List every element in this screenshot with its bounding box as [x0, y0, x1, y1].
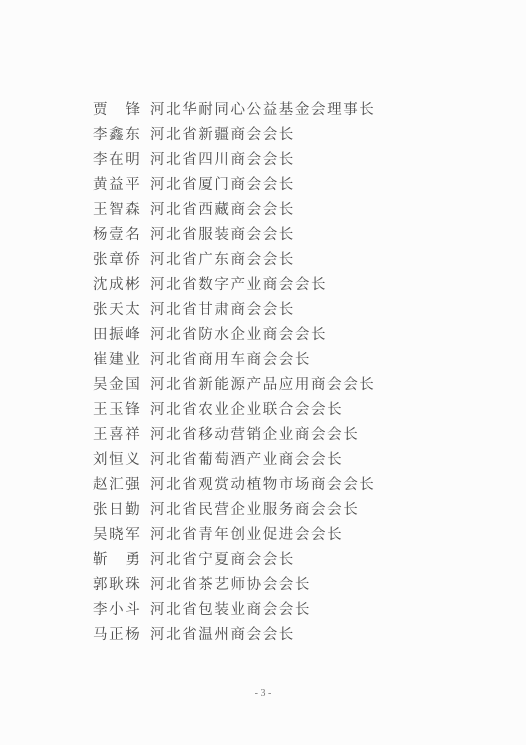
member-name: 吴晓军: [93, 523, 150, 544]
member-name-char: 靳: [93, 548, 108, 569]
member-organization: 河北省甘肃商会会长: [150, 298, 295, 319]
member-organization: 河北省新能源产品应用商会会长: [150, 373, 375, 394]
member-name: 张日勤: [93, 498, 150, 519]
list-item: 赵汇强河北省观赏动植物市场商会会长: [93, 471, 375, 496]
list-item: 张章侨河北省广东商会会长: [93, 246, 375, 271]
list-item: 黄益平河北省厦门商会会长: [93, 171, 375, 196]
document-page: 贾锋河北华耐同心公益基金会理事长李鑫东河北省新疆商会会长李在明河北省四川商会会长…: [0, 0, 526, 745]
member-name-char: 贾: [93, 98, 108, 119]
list-item: 刘恒义河北省葡萄酒产业商会会长: [93, 446, 375, 471]
list-item: 张日勤河北省民营企业服务商会会长: [93, 496, 375, 521]
list-item: 田振峰河北省防水企业商会会长: [93, 321, 375, 346]
list-item: 王玉锋河北省农业企业联合会会长: [93, 396, 375, 421]
member-name: 田振峰: [93, 323, 150, 344]
member-organization: 河北省新疆商会会长: [150, 123, 295, 144]
member-name: 吴金国: [93, 373, 150, 394]
member-list: 贾锋河北华耐同心公益基金会理事长李鑫东河北省新疆商会会长李在明河北省四川商会会长…: [93, 96, 375, 646]
member-name-char: 勇: [126, 548, 141, 569]
member-name: 贾锋: [93, 98, 140, 119]
list-item: 崔建业河北省商用车商会会长: [93, 346, 375, 371]
member-name: 张天太: [93, 298, 150, 319]
member-name: 李鑫东: [93, 123, 150, 144]
member-name-char: 锋: [126, 98, 141, 119]
member-organization: 河北省数字产业商会会长: [150, 273, 327, 294]
list-item: 李鑫东河北省新疆商会会长: [93, 121, 375, 146]
list-item: 张天太河北省甘肃商会会长: [93, 296, 375, 321]
member-organization: 河北省青年创业促进会会长: [150, 523, 343, 544]
member-name: 王喜祥: [93, 423, 150, 444]
member-name: 李在明: [93, 148, 150, 169]
list-item: 马正杨河北省温州商会会长: [93, 621, 375, 646]
member-organization: 河北省农业企业联合会会长: [150, 398, 343, 419]
list-item: 靳勇河北省宁夏商会会长: [93, 546, 375, 571]
member-name: 张章侨: [93, 248, 150, 269]
list-item: 贾锋河北华耐同心公益基金会理事长: [93, 96, 375, 121]
list-item: 王智森河北省西藏商会会长: [93, 196, 375, 221]
list-item: 吴金国河北省新能源产品应用商会会长: [93, 371, 375, 396]
member-name: 赵汇强: [93, 473, 150, 494]
member-organization: 河北省温州商会会长: [150, 623, 295, 644]
list-item: 沈成彬河北省数字产业商会会长: [93, 271, 375, 296]
member-organization: 河北省服装商会会长: [150, 223, 295, 244]
member-organization: 河北省茶艺师协会会长: [150, 573, 311, 594]
member-name: 王智森: [93, 198, 150, 219]
member-organization: 河北省广东商会会长: [150, 248, 295, 269]
member-organization: 河北省包装业商会会长: [150, 598, 311, 619]
list-item: 郭耿珠河北省茶艺师协会会长: [93, 571, 375, 596]
member-organization: 河北华耐同心公益基金会理事长: [150, 98, 375, 119]
member-name: 马正杨: [93, 623, 150, 644]
member-organization: 河北省西藏商会会长: [150, 198, 295, 219]
member-organization: 河北省厦门商会会长: [150, 173, 295, 194]
member-organization: 河北省葡萄酒产业商会会长: [150, 448, 343, 469]
list-item: 李在明河北省四川商会会长: [93, 146, 375, 171]
member-name: 刘恒义: [93, 448, 150, 469]
list-item: 吴晓军河北省青年创业促进会会长: [93, 521, 375, 546]
page-number: - 3 -: [0, 688, 526, 699]
member-name: 王玉锋: [93, 398, 150, 419]
member-name: 杨壹名: [93, 223, 150, 244]
member-name: 黄益平: [93, 173, 150, 194]
member-organization: 河北省商用车商会会长: [150, 348, 311, 369]
member-organization: 河北省四川商会会长: [150, 148, 295, 169]
member-organization: 河北省民营企业服务商会会长: [150, 498, 359, 519]
member-name: 沈成彬: [93, 273, 150, 294]
list-item: 杨壹名河北省服装商会会长: [93, 221, 375, 246]
member-organization: 河北省观赏动植物市场商会会长: [150, 473, 375, 494]
member-organization: 河北省宁夏商会会长: [150, 548, 295, 569]
member-organization: 河北省防水企业商会会长: [150, 323, 327, 344]
member-name: 李小斗: [93, 598, 150, 619]
member-name: 郭耿珠: [93, 573, 150, 594]
list-item: 李小斗河北省包装业商会会长: [93, 596, 375, 621]
list-item: 王喜祥河北省移动营销企业商会会长: [93, 421, 375, 446]
member-name: 靳勇: [93, 548, 140, 569]
member-organization: 河北省移动营销企业商会会长: [150, 423, 359, 444]
member-name: 崔建业: [93, 348, 150, 369]
